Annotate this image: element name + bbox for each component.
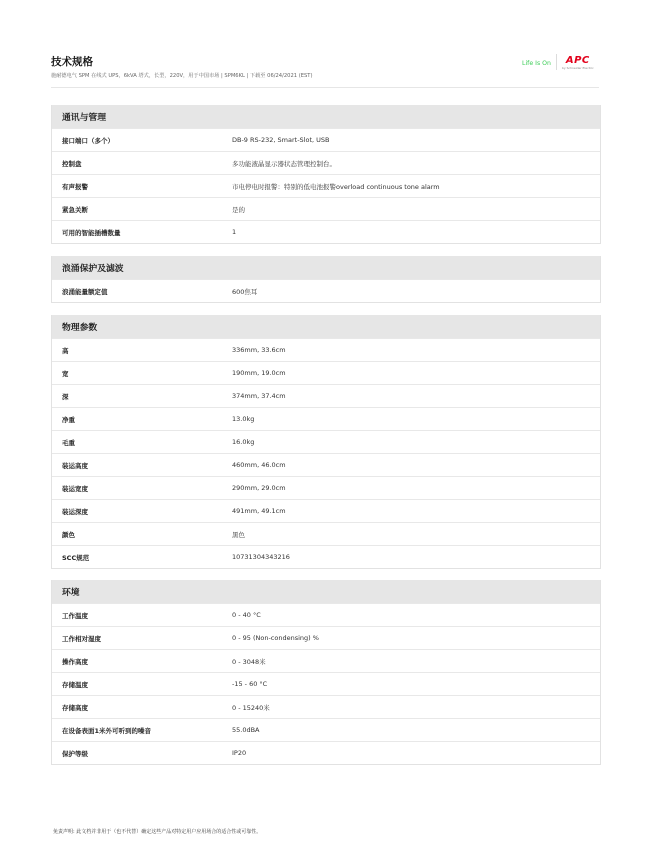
spec-value: 是的	[232, 205, 245, 214]
spec-label: 保护等级	[52, 749, 232, 758]
table-row: 有声报警 市电停电时报警：特别的低电池报警overload continuous…	[52, 174, 600, 197]
spec-label: 装运宽度	[52, 484, 232, 493]
spec-value: 黑色	[232, 530, 245, 539]
table-row: 保护等级 IP20	[52, 741, 600, 764]
table-row: 装运高度 460mm, 46.0cm	[52, 453, 600, 476]
table-row: 操作高度 0 - 3048米	[52, 649, 600, 672]
spec-label: 深	[52, 392, 232, 401]
section-title: 环境	[52, 580, 600, 603]
spec-value: 460mm, 46.0cm	[232, 461, 286, 469]
spec-value: 290mm, 29.0cm	[232, 484, 286, 492]
spec-label: 在设备表面1米外可听到的噪音	[52, 726, 232, 735]
apc-brand-text: APC	[566, 55, 590, 66]
section-title: 浪涌保护及滤波	[52, 256, 600, 279]
section-environment: 环境 工作温度 0 - 40 °C 工作相对湿度 0 - 95 (Non-con…	[51, 580, 601, 765]
table-row: 紧急关断 是的	[52, 197, 600, 220]
section-title: 物理参数	[52, 315, 600, 338]
table-row: 在设备表面1米外可听到的噪音 55.0dBA	[52, 718, 600, 741]
spec-value: 13.0kg	[232, 415, 254, 423]
spec-value: DB-9 RS-232, Smart-Slot, USB	[232, 136, 329, 144]
spec-value: -15 - 60 °C	[232, 680, 267, 688]
spec-value: 0 - 40 °C	[232, 611, 261, 619]
spec-value: 0 - 15240米	[232, 703, 270, 712]
table-row: 装运宽度 290mm, 29.0cm	[52, 476, 600, 499]
spec-label: 宽	[52, 369, 232, 378]
spec-label: 接口端口（多个）	[52, 136, 232, 145]
table-row: 存储温度 -15 - 60 °C	[52, 672, 600, 695]
spec-value: 10731304343216	[232, 553, 290, 561]
spec-value: 0 - 3048米	[232, 657, 266, 666]
spec-value: 市电停电时报警：特别的低电池报警overload continuous tone…	[232, 182, 440, 191]
table-row: 浪涌能量额定值 600焦耳	[52, 279, 600, 302]
brand-logo: Life Is On APC by Schneider Electric	[522, 52, 594, 72]
spec-value: 0 - 95 (Non-condensing) %	[232, 634, 319, 642]
spec-value: 600焦耳	[232, 287, 257, 296]
logo-divider	[556, 54, 557, 70]
section-surge-protection: 浪涌保护及滤波 浪涌能量额定值 600焦耳	[51, 256, 601, 303]
spec-label: 装运深度	[52, 507, 232, 516]
section-physical: 物理参数 高 336mm, 33.6cm 宽 190mm, 19.0cm 深 3…	[51, 315, 601, 569]
table-row: 装运深度 491mm, 49.1cm	[52, 499, 600, 522]
table-row: 深 374mm, 37.4cm	[52, 384, 600, 407]
spec-label: 浪涌能量额定值	[52, 287, 232, 296]
spec-label: 高	[52, 346, 232, 355]
spec-label: 净重	[52, 415, 232, 424]
spec-label: 存储温度	[52, 680, 232, 689]
spec-label: 可用的智能插槽数量	[52, 228, 232, 237]
table-row: 接口端口（多个） DB-9 RS-232, Smart-Slot, USB	[52, 128, 600, 151]
table-row: SCC规范 10731304343216	[52, 545, 600, 568]
apc-logo: APC by Schneider Electric	[562, 55, 594, 70]
spec-label: SCC规范	[52, 553, 232, 562]
product-subtitle: 施耐德电气 SPM 在线式 UPS，6kVA 塔式，长型，220V，用于中国市场…	[51, 72, 599, 80]
spec-label: 工作温度	[52, 611, 232, 620]
spec-label: 存储高度	[52, 703, 232, 712]
table-row: 工作相对湿度 0 - 95 (Non-condensing) %	[52, 626, 600, 649]
table-row: 颜色 黑色	[52, 522, 600, 545]
document-header: 技术规格 施耐德电气 SPM 在线式 UPS，6kVA 塔式，长型，220V，用…	[51, 55, 599, 80]
spec-label: 紧急关断	[52, 205, 232, 214]
table-row: 存储高度 0 - 15240米	[52, 695, 600, 718]
spec-value: 491mm, 49.1cm	[232, 507, 286, 515]
spec-label: 有声报警	[52, 182, 232, 191]
spec-label: 操作高度	[52, 657, 232, 666]
spec-label: 工作相对湿度	[52, 634, 232, 643]
spec-value: 190mm, 19.0cm	[232, 369, 286, 377]
page-title: 技术规格	[51, 55, 599, 69]
table-row: 宽 190mm, 19.0cm	[52, 361, 600, 384]
spec-value: 374mm, 37.4cm	[232, 392, 286, 400]
table-row: 控制盘 多功能液晶显示器状态管理控制台。	[52, 151, 600, 174]
spec-label: 装运高度	[52, 461, 232, 470]
spec-label: 控制盘	[52, 159, 232, 168]
spec-value: IP20	[232, 749, 246, 757]
table-row: 净重 13.0kg	[52, 407, 600, 430]
spec-value: 55.0dBA	[232, 726, 260, 734]
header-divider	[51, 87, 599, 88]
table-row: 毛重 16.0kg	[52, 430, 600, 453]
disclaimer-text: 免责声明: 此文档并非用于（也不代替）确定这些产品对特定用户应用场合的适合性或可…	[53, 828, 261, 835]
spec-value: 336mm, 33.6cm	[232, 346, 286, 354]
life-is-on-tagline: Life Is On	[522, 60, 551, 67]
section-communications: 通讯与管理 接口端口（多个） DB-9 RS-232, Smart-Slot, …	[51, 105, 601, 244]
section-title: 通讯与管理	[52, 105, 600, 128]
table-row: 可用的智能插槽数量 1	[52, 220, 600, 243]
schneider-subtext: by Schneider Electric	[562, 66, 594, 70]
spec-value: 16.0kg	[232, 438, 254, 446]
spec-label: 毛重	[52, 438, 232, 447]
spec-label: 颜色	[52, 530, 232, 539]
table-row: 工作温度 0 - 40 °C	[52, 603, 600, 626]
table-row: 高 336mm, 33.6cm	[52, 338, 600, 361]
spec-value: 1	[232, 228, 236, 236]
spec-value: 多功能液晶显示器状态管理控制台。	[232, 159, 336, 168]
